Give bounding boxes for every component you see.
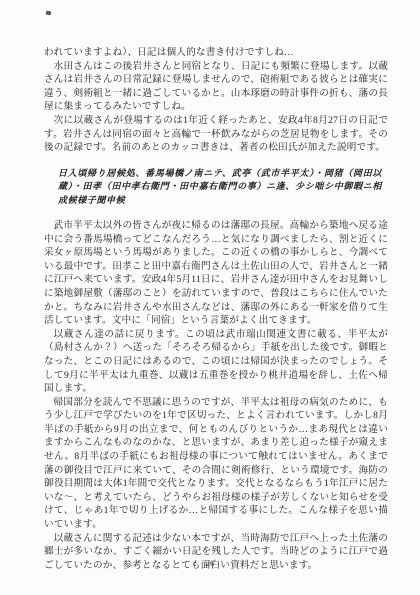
diary-quote: 日入頃帰り居候処、番馬場橋ノ南ニテ、武亭（武市半平太）・岡猪（岡田以蔵）・田孝（… [58, 167, 382, 207]
document-page: われていますよね）、日記は個人的な書き付けですしね… 水田さんはこの後岩井さんと… [0, 0, 420, 595]
page-number: 26 [0, 558, 420, 568]
paragraph: 帰国部分を読んで不思議に思うのですが、半平太は祖母の病気のために、もう少し江戸で… [44, 396, 388, 532]
paragraph: 水田さんはこの後岩井さんと同宿となり、日記にも頻繁に登場します。以蔵さんは岩井さ… [44, 60, 388, 114]
scan-artifact [46, 11, 52, 16]
page-body: われていますよね）、日記は個人的な書き付けですしね… 水田さんはこの後岩井さんと… [44, 46, 388, 572]
paragraph: 以蔵さん達の話に戻ります。この頃は武市瑞山関連文書に載る、半平太が（島村さんか？… [44, 328, 388, 396]
paragraph-continuation: われていますよね）、日記は個人的な書き付けですしね… [44, 46, 388, 60]
paragraph: 武市半平太以外の皆さんが夜に帰るのは藩邸の長屋。高輪から築地へ戻る途中に会う番馬… [44, 219, 388, 328]
paragraph: 次に以蔵さんが登場するのは1年近く経ったあと、安政4年8月27日の日記です。岩井… [44, 114, 388, 155]
